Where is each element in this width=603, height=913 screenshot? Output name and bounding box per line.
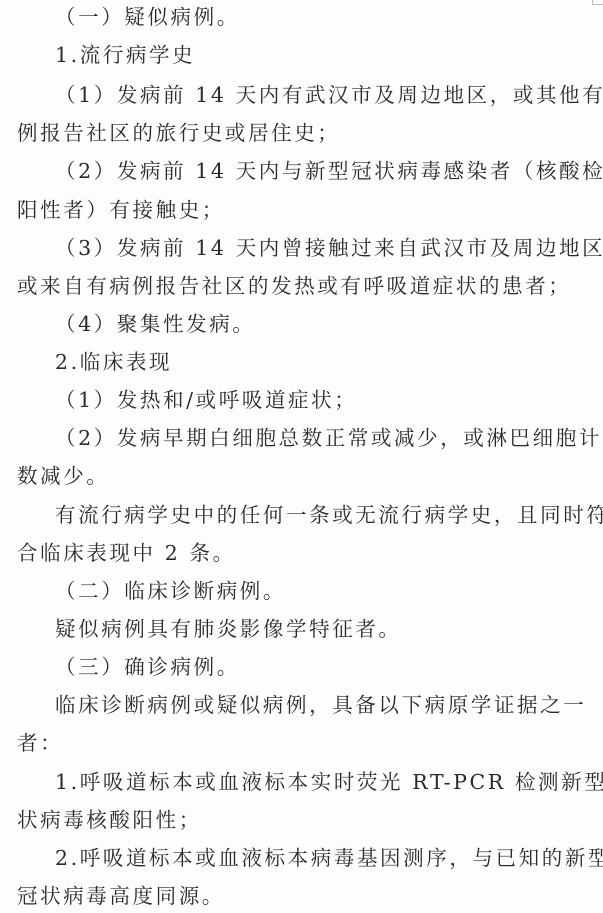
paragraph-line: （4）聚集性发病。 <box>55 311 255 337</box>
paragraph-line: 数减少。 <box>17 463 109 489</box>
paragraph-line: 冠状病毒高度同源。 <box>17 883 225 909</box>
paragraph-line: （1）发热和/或呼吸道症状； <box>55 387 357 413</box>
paragraph-line: 状病毒核酸阳性； <box>17 807 202 833</box>
paragraph-line: （2）发病前 14 天内与新型冠状病毒感染者（核酸检测 <box>55 158 603 184</box>
paragraph-line: 疑似病例具有肺炎影像学特征者。 <box>55 616 402 642</box>
section-heading-suspected: （一）疑似病例。 <box>55 4 240 30</box>
paragraph-line: 1.呼吸道标本或血液标本实时荧光 RT-PCR 检测新型冠 <box>55 769 603 795</box>
section-heading-clinical-dx: （二）临床诊断病例。 <box>55 578 286 604</box>
paragraph-line: （1）发病前 14 天内有武汉市及周边地区，或其他有病 <box>55 82 603 108</box>
paragraph-line: 者： <box>17 730 63 756</box>
paragraph-line: 临床诊断病例或疑似病例，具备以下病原学证据之一 <box>55 692 586 718</box>
paragraph-line: 例报告社区的旅行史或居住史； <box>17 120 340 146</box>
paragraph-line: 合临床表现中 2 条。 <box>17 540 236 566</box>
paragraph-line: （3）发病前 14 天内曾接触过来自武汉市及周边地区， <box>55 235 603 261</box>
document-page: （一）疑似病例。 1.流行病学史 （1）发病前 14 天内有武汉市及周边地区，或… <box>0 0 603 913</box>
section-heading-confirmed: （三）确诊病例。 <box>55 654 240 680</box>
subheading-clinical: 2.临床表现 <box>55 349 172 375</box>
paragraph-line: 或来自有病例报告社区的发热或有呼吸道症状的患者； <box>17 273 571 299</box>
paragraph-line: 2.呼吸道标本或血液标本病毒基因测序，与已知的新型 <box>55 845 603 871</box>
scan-artifact <box>592 0 603 5</box>
paragraph-line: 阳性者）有接触史； <box>17 197 225 223</box>
subheading-epidemiology: 1.流行病学史 <box>55 42 195 68</box>
paragraph-line: 有流行病学史中的任何一条或无流行病学史，且同时符 <box>55 502 603 528</box>
paragraph-line: （2）发病早期白细胞总数正常或减少，或淋巴细胞计 <box>55 425 602 451</box>
